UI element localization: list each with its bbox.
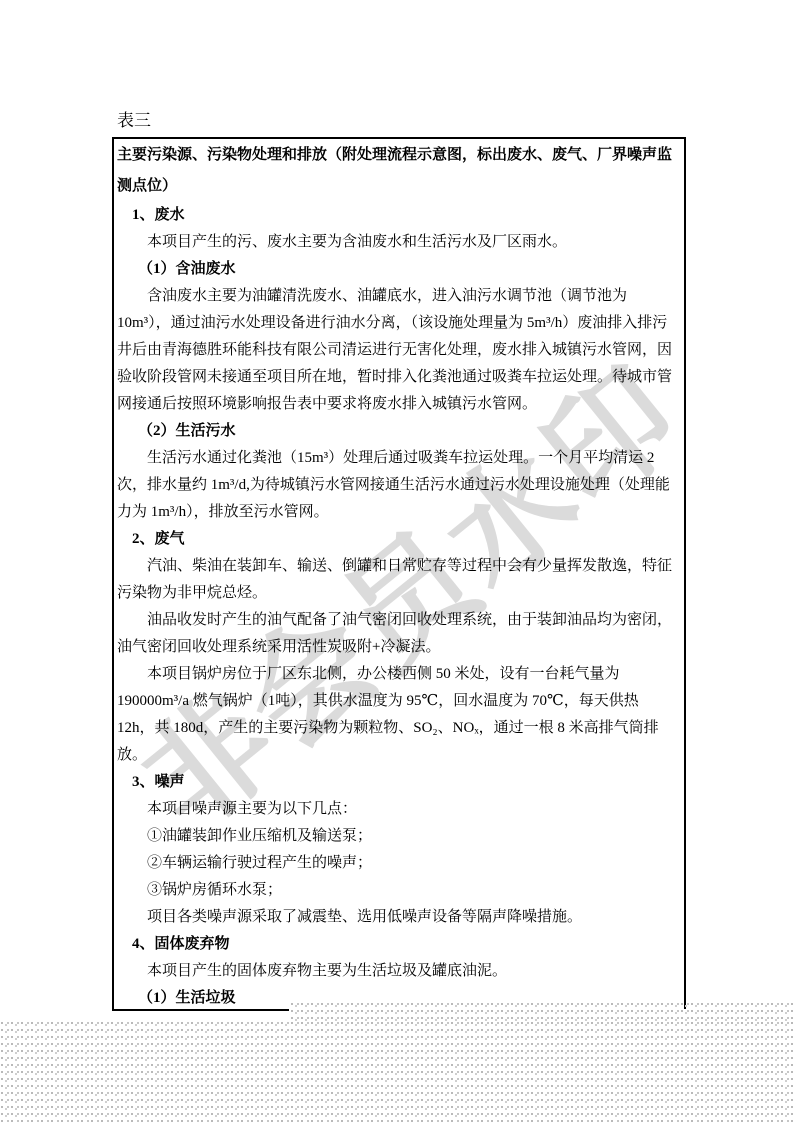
paragraph: 项目各类噪声源采取了减震垫、选用低噪声设备等隔声降噪措施。 bbox=[117, 904, 679, 931]
list-item-noise-3: ③锅炉房循环水泵； bbox=[117, 877, 679, 904]
list-item-noise-1: ①油罐装卸作业压缩机及输送泵； bbox=[117, 823, 679, 850]
paragraph: 本项目产生的污、废水主要为含油废水和生活污水及厂区雨水。 bbox=[117, 229, 679, 256]
paragraph: 本项目锅炉房位于厂区东北侧，办公楼西侧 50 米处，设有一台耗气量为 19000… bbox=[117, 661, 679, 769]
subsection-heading-oily-wastewater: （1）含油废水 bbox=[117, 256, 679, 283]
paragraph: 油品收发时产生的油气配备了油气密闭回收处理系统，由于装卸油品均为密闭，油气密闭回… bbox=[117, 607, 679, 661]
section-heading-waste-gas: 2、废气 bbox=[117, 526, 679, 553]
pollution-report-table: 主要污染源、污染物处理和排放（附处理流程示意图，标出废水、废气、厂界噪声监测点位… bbox=[112, 137, 686, 1009]
table-number-label: 表三 bbox=[117, 109, 151, 133]
section-heading-solid-waste: 4、固体废弃物 bbox=[117, 931, 679, 958]
list-item-noise-2: ②车辆运输行驶过程产生的噪声； bbox=[117, 850, 679, 877]
section-heading-noise: 3、噪声 bbox=[117, 769, 679, 796]
paragraph: 含油废水主要为油罐清洗废水、油罐底水，进入油污水调节池（调节池为 10m³），通… bbox=[117, 283, 679, 418]
paragraph: 本项目噪声源主要为以下几点： bbox=[117, 796, 679, 823]
halftone-texture-bottom bbox=[0, 1021, 793, 1122]
paragraph: 生活污水通过化粪池（15m³）处理后通过吸粪车拉运处理。一个月平均清运 2 次，… bbox=[117, 445, 679, 526]
paragraph: 本项目产生的固体废弃物主要为生活垃圾及罐底油泥。 bbox=[117, 958, 679, 985]
section-heading-wastewater: 1、废水 bbox=[117, 202, 679, 229]
paragraph: 汽油、柴油在装卸车、输送、倒罐和日常贮存等过程中会有少量挥发散逸，特征污染物为非… bbox=[117, 553, 679, 607]
subsection-heading-domestic-sewage: （2）生活污水 bbox=[117, 418, 679, 445]
document-page: 非会员水印 表三 主要污染源、污染物处理和排放（附处理流程示意图，标出废水、废气… bbox=[0, 0, 793, 1122]
table-header: 主要污染源、污染物处理和排放（附处理流程示意图，标出废水、废气、厂界噪声监测点位… bbox=[117, 140, 679, 202]
table-partial-bottom-border bbox=[112, 1009, 289, 1011]
halftone-texture-right bbox=[290, 1002, 793, 1021]
